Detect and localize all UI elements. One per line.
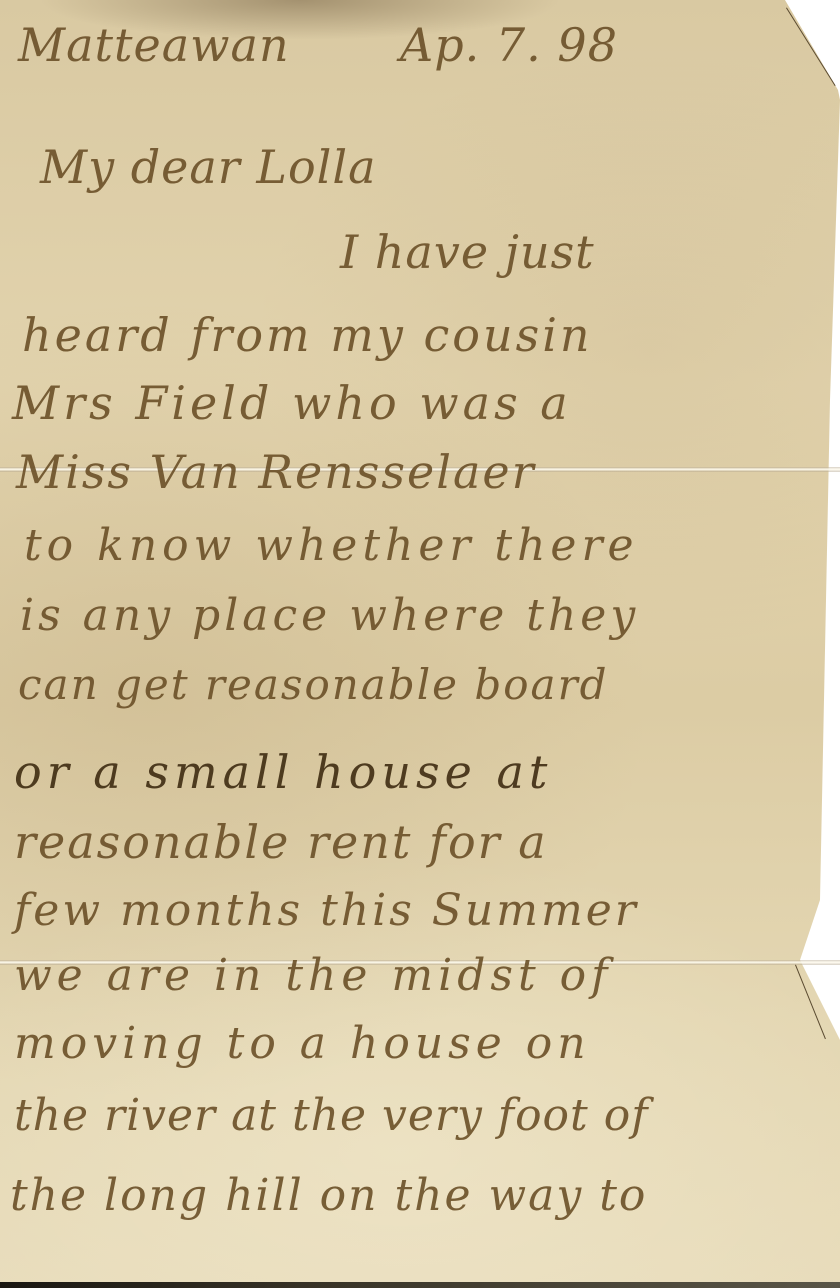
letter-line-3: Mrs Field who was a [12,376,572,430]
letter-line-10: few months this Summer [14,885,639,936]
letter-line-7: can get reasonable board [18,660,609,709]
letter-line-1: I have just [340,225,595,279]
letter-line-5: to know whether there [24,520,639,571]
letter-line-12: moving to a house on [14,1018,591,1069]
letter-line-9: reasonable rent for a [14,815,548,869]
letter-line-14: the long hill on the way to [10,1170,647,1221]
scan-bottom-edge [0,1282,840,1288]
letter-line-8: or a small house at [14,745,552,799]
letter-place: Matteawan [18,18,290,72]
letter-line-4: Miss Van Rensselaer [16,445,536,499]
letter-line-2: heard from my cousin [22,308,593,362]
letter-page: Matteawan Ap. 7. 98 My dear Lolla I have… [0,0,840,1288]
letter-salutation: My dear Lolla [40,140,377,194]
letter-line-11: we are in the midst of [14,950,612,1001]
letter-line-6: is any place where they [20,590,639,641]
letter-date: Ap. 7. 98 [400,18,618,72]
letter-line-13: the river at the very foot of [14,1090,649,1141]
